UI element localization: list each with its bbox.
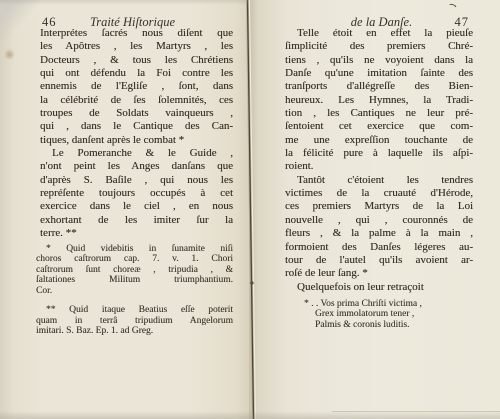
body-line: Danſe qu'une imitation ſainte des [285,67,473,80]
footnote-line: * Quid videbitis in ſunamite niſi [36,244,233,254]
body-line: Telle étoit en effet la pieuſe [285,27,473,40]
right-page-body: Telle étoit en effet la pieuſeſimplicité… [285,27,473,294]
right-page: de la Danſe. 47 Telle étoit en effet la … [249,0,500,419]
left-page: 46 Traité Hiſtorique Interprétes ſacrés … [0,0,249,419]
body-line: roient. [285,160,473,173]
footnote: * Quid videbitis in ſunamite niſichoros … [36,244,233,296]
footnote-line: imitari. S. Baz. Ep. 1. ad Greg. [36,326,233,336]
body-line: qui ont défendu la Foi contre les [40,67,233,80]
body-line: n'ont peint les Anges danſans que [40,160,233,173]
footnote-line: caſtrorum ſunt choreæ , tripudia , & [36,265,233,275]
body-line: victimes de la cruauté d'Hérode, [285,187,473,200]
body-line: troupes de Soldats vainqueurs , [40,107,233,120]
body-line: exhortant de les imiter ſur la [40,214,233,227]
bottom-edge-shade [0,411,500,419]
footnote: * . . Vos prima Chriſti victima ,Grex im… [285,299,473,330]
left-page-footnotes: * Quid videbitis in ſunamite niſichoros … [36,244,233,346]
foxing-spot [4,49,15,60]
body-line: terre. ** [40,227,233,240]
body-line: la félicité pure à laquelle ils aſpi- [285,147,473,160]
body-line: roſé de leur ſang. * [285,267,473,280]
body-line: tion , les Cantiques ne leur pré- [285,107,473,120]
body-line: heureux. Les Hymnes, la Tradi- [285,94,473,107]
footnote-line: Grex immolatorum tener , [315,309,473,319]
body-line: nouvelle , qui , couronnés de [285,214,473,227]
body-line: Interprétes ſacrés nous diſent que [40,27,233,40]
page-corner-shade [0,0,44,40]
body-line: la célébrité de ſes ſolemnités, ces [40,94,233,107]
body-line: d'après S. Baſile , qui nous les [40,174,233,187]
footnote-line: quam in terrâ tripudium Angelorum [36,316,233,326]
body-line: qui , dans le Cantique des Can- [40,120,233,133]
footnote-line: Palmis & coronis luditis. [315,320,473,330]
body-line: repréſente toujours occupés à cet [40,187,233,200]
body-line: exercice dans le ciel , en nous [40,200,233,213]
book-scan: 46 Traité Hiſtorique Interprétes ſacrés … [0,0,500,419]
body-line: Quelquefois on leur retraçoit [285,281,473,294]
body-line: tiques, danſent après le combat * [40,134,233,147]
footnote-line: * . . Vos prima Chriſti victima , [304,299,473,309]
body-line: Le Pomeranche & le Guide , [40,147,233,160]
body-line: ces premiers Martyrs de la Loi [285,200,473,213]
footnote-line: choros caſtrorum cap. 7. v. 1. Chori [36,254,233,264]
footnote: ** Quid itaque Beatius eſſe poteritquam … [36,305,233,336]
top-edge-shade [0,0,249,5]
body-line: me une expreſſion touchante de [285,134,473,147]
body-line: ſimplicité des premiers Chré- [285,40,473,53]
body-line: formoient des Danſes légeres au- [285,241,473,254]
body-line: les Apôtres , les Martyrs , les [40,40,233,53]
right-page-footnotes: * . . Vos prima Chriſti victima ,Grex im… [285,299,473,339]
footnote-line: ** Quid itaque Beatius eſſe poterit [36,305,233,315]
body-line: ſentoient cet exercice que com- [285,120,473,133]
body-line: tour de l'autel qu'ils avoient ar- [285,254,473,267]
body-line: tranſports d'allégreſſe des Bien- [285,80,473,93]
body-line: fleurs , & la palme à la main , [285,227,473,240]
left-page-body: Interprétes ſacrés nous diſent queles Ap… [40,27,233,241]
body-line: Docteurs , & tous les Chrétiens [40,54,233,67]
page-crease-line [332,411,500,412]
body-line: tiens , qu'ils ne voyoient dans la [285,54,473,67]
body-line: ennemis de l'Egliſe , ſont, dans [40,80,233,93]
footnote-line: ſaltationes Militum triumphantium. [36,275,233,285]
body-line: Tantôt c'étoient les tendres [285,174,473,187]
footnote-line: Cor. [36,286,233,296]
